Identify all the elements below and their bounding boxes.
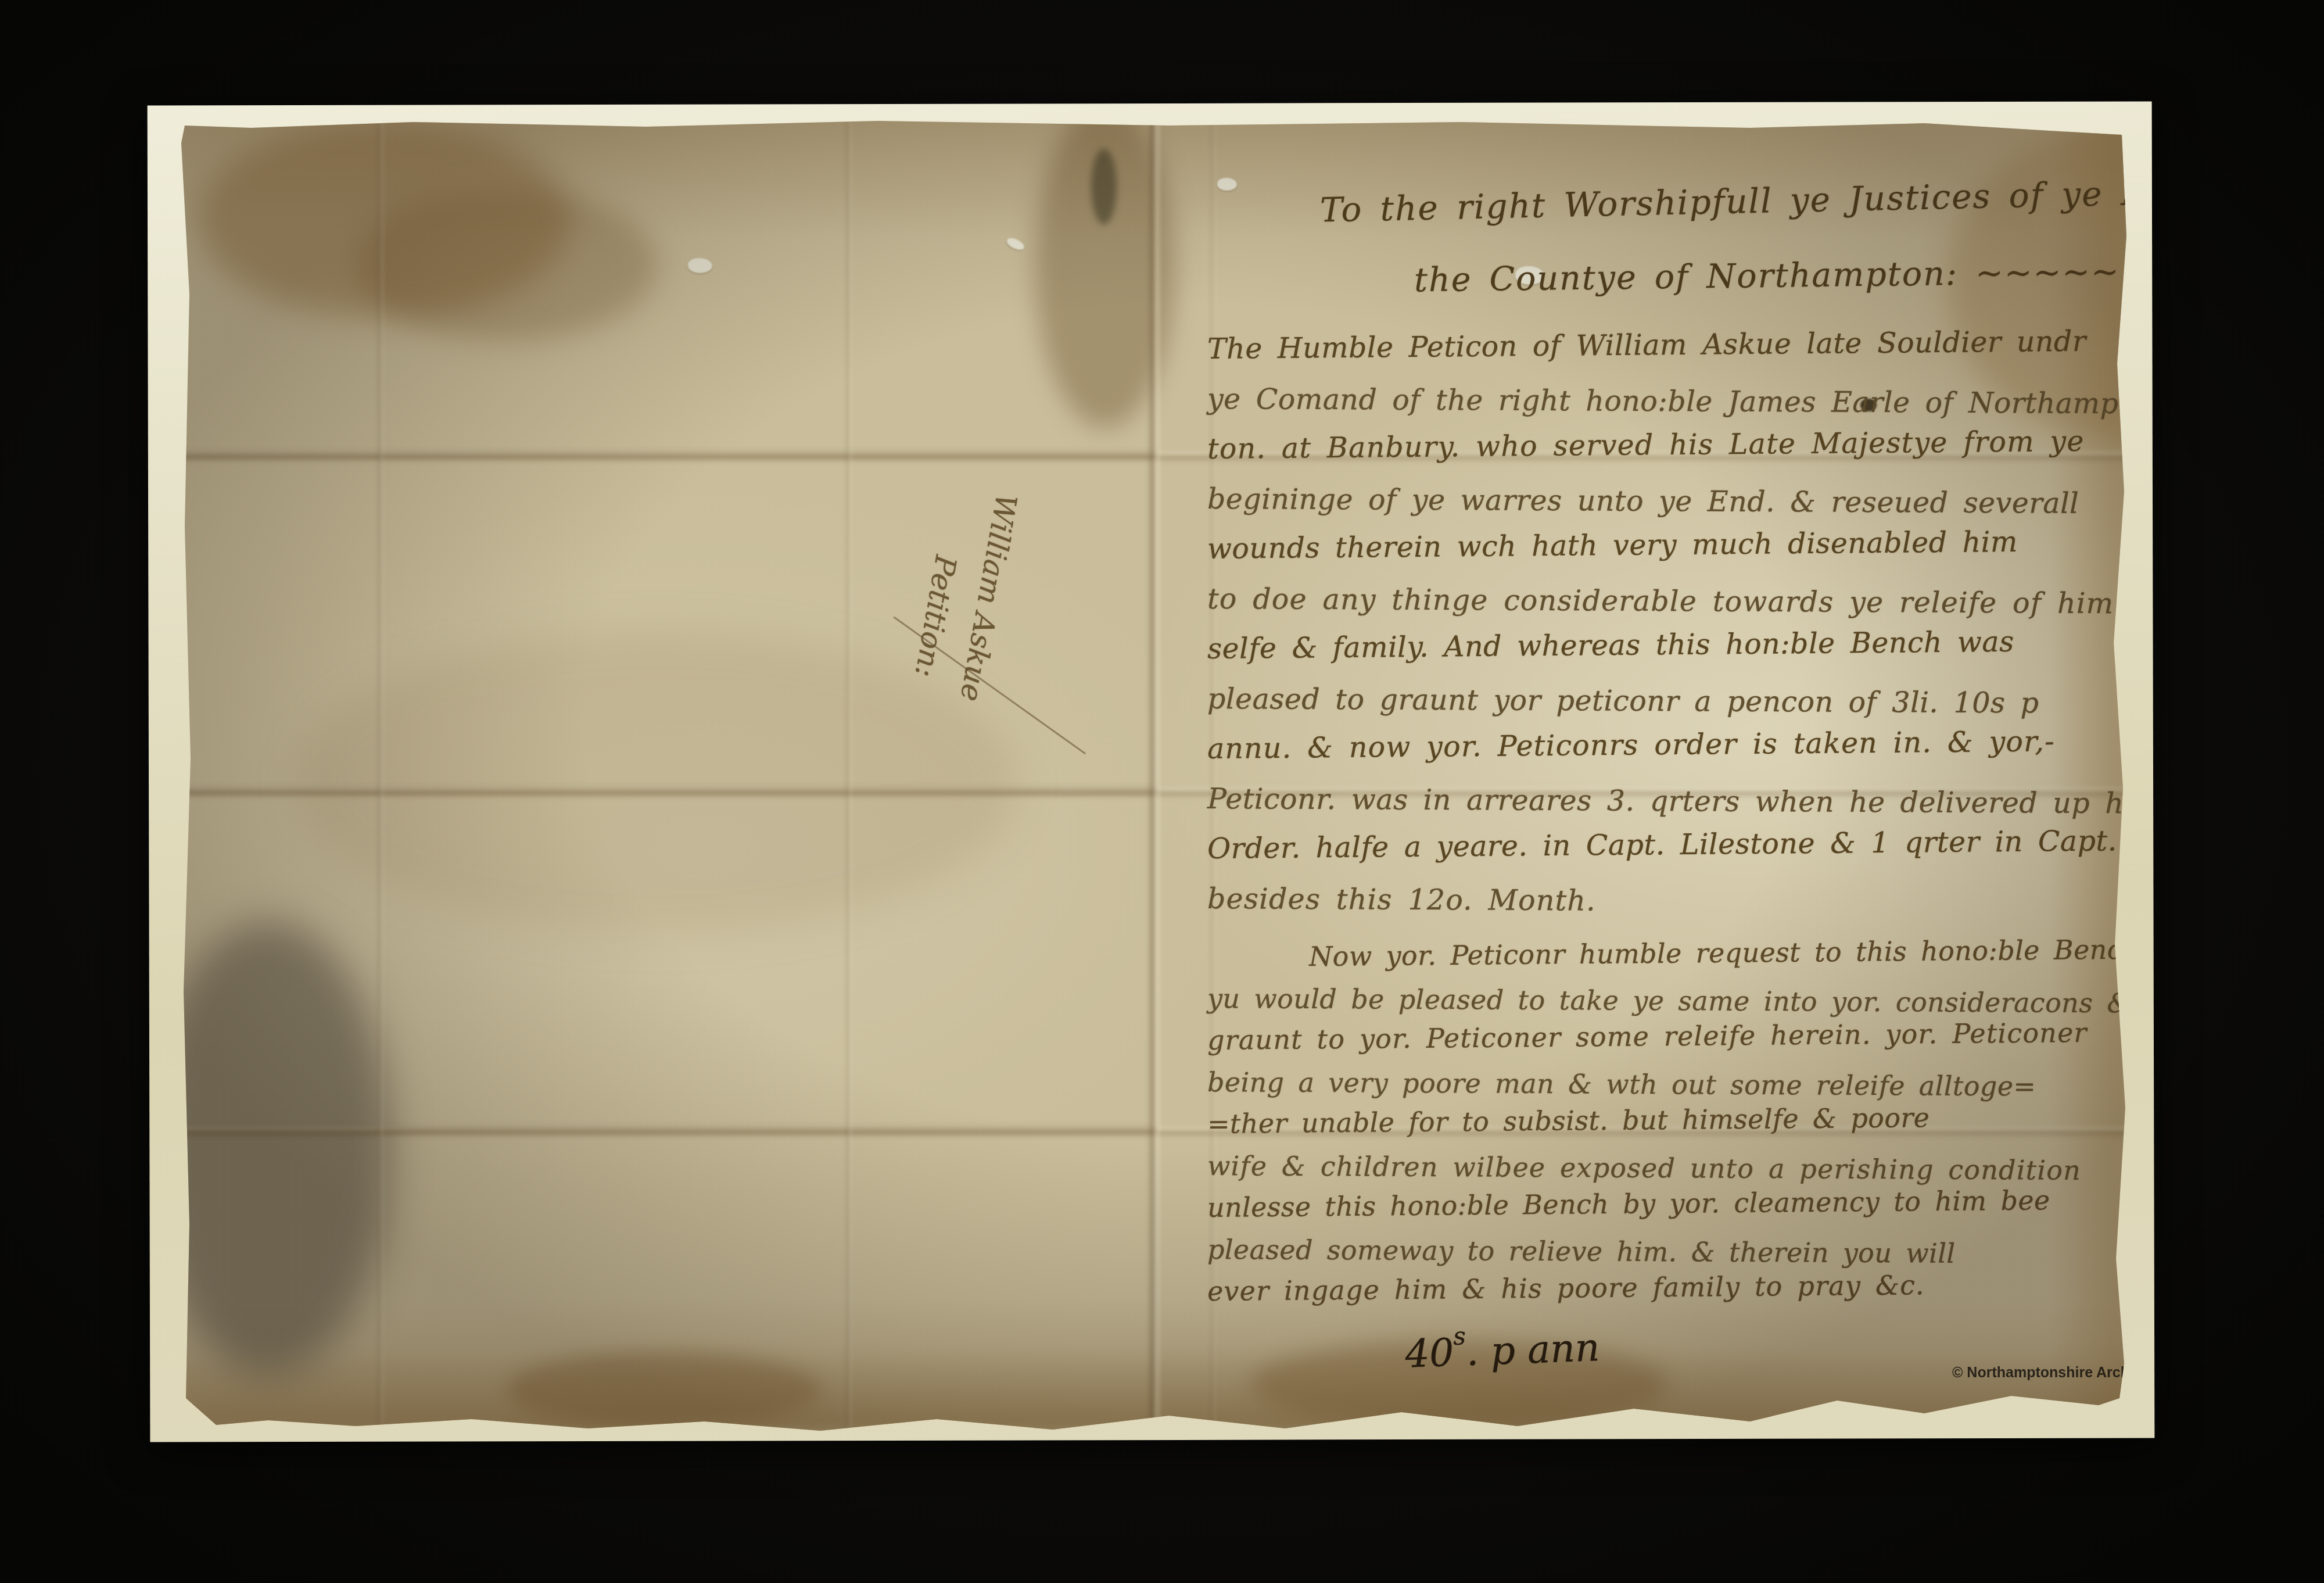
petition-request-line: graunt to yor. Peticoner some releife he… [1207, 1011, 2217, 1061]
horizontal-fold-crease [181, 1124, 1157, 1137]
docket-per-annum: . p ann [1465, 1325, 1600, 1374]
paper-hole [1217, 178, 1237, 191]
horizontal-fold-crease [181, 449, 1157, 461]
docket-unit: s [1452, 1321, 1466, 1351]
manuscript-paper: William Askue Petition: To the right Wor… [181, 120, 2129, 1431]
stain-dark-spot [1091, 149, 1117, 224]
docket-amount: 40 [1404, 1330, 1455, 1377]
petition-body-line: wounds therein wch hath very much disena… [1207, 515, 2223, 574]
photograph-backdrop: William Askue Petition: To the right Wor… [0, 0, 2324, 1583]
petition-body-line: ton. at Banbury. who served his Late Maj… [1207, 416, 2223, 474]
archive-watermark: © Northamptonshire Archives Service [1952, 1364, 2214, 1381]
petition-body-line: besides this 12o. Month. [1207, 874, 2223, 929]
petition-body-line: selfe & family. And whereas this hon:ble… [1207, 615, 2223, 674]
petition-request-line: ever ingage him & his poore family to pr… [1207, 1262, 2217, 1312]
paper-hole [688, 258, 712, 273]
petition-body-line: annu. & now yor. Peticonrs order is take… [1207, 715, 2223, 774]
paper-hole [1005, 236, 1026, 252]
petition-request-line: unlesse this hono:ble Bench by yor. clea… [1207, 1178, 2217, 1229]
endorsement-text: William Askue Petition: [898, 482, 1031, 705]
horizontal-fold-crease [181, 785, 1157, 797]
petition-request-line: Now yor. Peticonr humble request to this… [1309, 927, 2217, 977]
petition-paragraph-main: The Humble Peticon of William Askue late… [1207, 324, 2223, 924]
petition-body-line: Order. halfe a yeare. in Capt. Lilestone… [1207, 815, 2223, 874]
petition-body-line: The Humble Peticon of William Askue late… [1207, 316, 2223, 374]
petition-paragraph-request: Now yor. Peticonr humble request to this… [1207, 936, 2217, 1312]
center-fold-crease [1147, 120, 1162, 1431]
docket-note: 40s. p ann [1404, 1317, 1601, 1377]
vertical-crease [845, 120, 853, 1431]
vertical-crease [376, 120, 385, 1431]
stain-top-left-wash [356, 189, 658, 341]
stain-bottom-blob-left [507, 1352, 820, 1427]
petition-request-line: =ther unable for to subsist. but himself… [1207, 1094, 2217, 1145]
